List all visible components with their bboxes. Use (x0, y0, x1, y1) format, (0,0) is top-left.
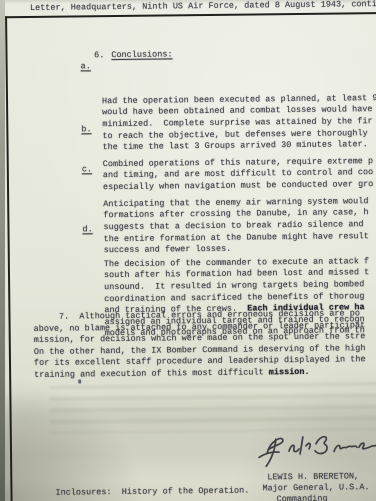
paragraph-7: 7. Although tactical errors and erroneou… (33, 308, 365, 381)
ink-speck (78, 379, 81, 383)
item-label: d. (82, 224, 92, 236)
item-label: c. (82, 164, 92, 176)
bleed-through-texture (49, 382, 376, 434)
signature-scrawl (255, 429, 376, 472)
page-border-left (5, 16, 13, 501)
section-title: Conclusions: (111, 49, 172, 60)
item-label: b. (81, 124, 91, 136)
scanned-document-photo: Letter, Headquarters, Ninth US Air Force… (0, 0, 376, 501)
text-line: training and execution of this most diff… (34, 366, 366, 381)
section-number: 6. (94, 50, 104, 60)
document-page: Letter, Headquarters, Ninth US Air Force… (0, 0, 376, 501)
item-label: a. (81, 61, 91, 73)
inclosures-line: Inclosures: History of the Operation. (55, 486, 249, 500)
signer-role: Commanding (277, 494, 328, 501)
